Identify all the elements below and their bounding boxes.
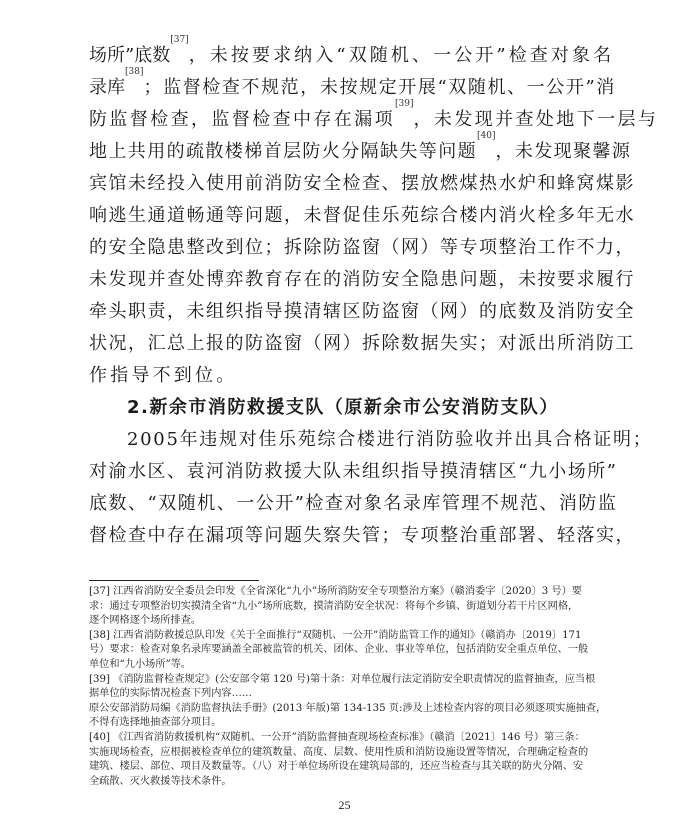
footnote-line: 原公安部消防局编《消防监督执法手册》(2013 年版)第 134-135 页:涉… xyxy=(89,702,603,717)
footnote-40: [40] 《江西省消防救援机构“双随机、一公开”消防监督抽查现场检查标准》（赣消… xyxy=(89,731,603,789)
footnote-line: 不得有选择地抽查部分项目。 xyxy=(89,716,603,731)
footnote-line: 全疏散、灭火救援等技术条件。 xyxy=(89,775,603,790)
footnote-line: [40] 《江西省消防救援机构“双随机、一公开”消防监督抽查现场检查标准》（赣消… xyxy=(89,731,603,746)
section-line-1: 2005年违规对佳乐苑综合楼进行消防验收并出具合格证明； xyxy=(89,424,603,456)
section-line-4-text: 督检查中存在漏项等问题失察失管；专项整治重部署、轻落实， xyxy=(89,520,635,552)
footnote-ref-40[interactable]: [40] xyxy=(477,136,495,168)
body-line-9: 牵头职责，未组织指导摸清辖区防盗窗（网）的底数及消防安全 xyxy=(89,296,603,328)
page-number: 25 xyxy=(0,798,689,813)
footnote-line: [38] 江西省消防救援总队印发《关于全面推行“双随机、一公开”消防监管工作的通… xyxy=(89,629,603,644)
body-line-7-text: 的安全隐患整改到位；拆除防盗窗（网）等专项整治工作不力， xyxy=(89,232,635,264)
section-line-3: 底数、“双随机、一公开”检查对象名录库管理不规范、消防监 xyxy=(89,488,603,520)
body-line-4-text: 地上共用的疏散楼梯首层防火分隔缺失等问题 xyxy=(89,136,477,168)
body-line-2-text: 录库 xyxy=(89,72,125,104)
footnote-line: 单位和“九小场所”等。 xyxy=(89,658,603,673)
body-line-11: 作指导不到位。 xyxy=(89,360,603,392)
body-line-3: 防监督检查，监督检查中存在漏项[39]，未发现并查处地下一层与 xyxy=(89,104,603,136)
footnote-line: 据单位的实际情况检查下列内容…… xyxy=(89,687,603,702)
body-line-5-text: 宾馆未经投入使用前消防安全检查、摆放燃煤热水炉和蜂窝煤影 xyxy=(89,168,635,200)
section-line-1-text: 2005年违规对佳乐苑综合楼进行消防验收并出具合格证明； xyxy=(127,424,652,456)
footnote-39: [39] 《消防监督检查规定》(公安部令第 120 号)第十条：对单位履行法定消… xyxy=(89,673,603,731)
footnote-divider xyxy=(89,580,259,581)
footnote-line: 求：通过专项整治切实摸清全省“九小”场所底数，摸清消防安全状况：将每个乡镇、街道… xyxy=(89,600,603,615)
body-line-9-text: 牵头职责，未组织指导摸清辖区防盗窗（网）的底数及消防安全 xyxy=(89,296,635,328)
footnote-ref-39[interactable]: [39] xyxy=(395,104,413,136)
body-line-4-after: ，未发现聚馨源 xyxy=(495,136,631,168)
body-line-2-after: ；监督检查不规范，未按规定开展“双随机、一公开”消 xyxy=(143,72,615,104)
body-line-10: 状况，汇总上报的防盗窗（网）拆除数据失实；对派出所消防工 xyxy=(89,328,603,360)
footnote-ref-37[interactable]: [37] xyxy=(170,40,188,72)
body-line-8: 未发现并查处博弈教育存在的消防安全隐患问题，未按要求履行 xyxy=(89,264,603,296)
body-line-4: 地上共用的疏散楼梯首层防火分隔缺失等问题[40]，未发现聚馨源 xyxy=(89,136,603,168)
body-line-11-text: 作指导不到位。 xyxy=(89,360,237,392)
body-line-1: 场所”底数[37]，未按要求纳入“双随机、一公开”检查对象名 xyxy=(89,40,603,72)
document-page: 场所”底数[37]，未按要求纳入“双随机、一公开”检查对象名 录库[38]；监督… xyxy=(0,0,689,833)
body-line-2: 录库[38]；监督检查不规范，未按规定开展“双随机、一公开”消 xyxy=(89,72,603,104)
section-line-4: 督检查中存在漏项等问题失察失管；专项整治重部署、轻落实， xyxy=(89,520,603,552)
section-line-2: 对渝水区、袁河消防救援大队未组织指导摸清辖区“九小场所” xyxy=(89,456,603,488)
body-line-8-text: 未发现并查处博弈教育存在的消防安全隐患问题，未按要求履行 xyxy=(89,264,635,296)
body-line-5: 宾馆未经投入使用前消防安全检查、摆放燃煤热水炉和蜂窝煤影 xyxy=(89,168,603,200)
footnote-38: [38] 江西省消防救援总队印发《关于全面推行“双随机、一公开”消防监管工作的通… xyxy=(89,629,603,673)
footnotes: [37] 江西省消防安全委员会印发《全省深化“九小”场所消防安全专项整治方案》（… xyxy=(89,585,603,789)
section-line-3-text: 底数、“双随机、一公开”检查对象名录库管理不规范、消防监 xyxy=(89,488,617,520)
footnote-ref-38[interactable]: [38] xyxy=(125,72,143,104)
footnote-line: [37] 江西省消防安全委员会印发《全省深化“九小”场所消防安全专项整治方案》（… xyxy=(89,585,603,600)
footnote-line: 建筑、楼层、部位、项目及数量等。（八）对于单位场所设在建筑局部的，还应当检查与其… xyxy=(89,760,603,775)
body-line-10-text: 状况，汇总上报的防盗窗（网）拆除数据失实；对派出所消防工 xyxy=(89,328,635,360)
body-line-1-after: ，未按要求纳入“双随机、一公开”检查对象名 xyxy=(189,40,615,72)
section-line-2-text: 对渝水区、袁河消防救援大队未组织指导摸清辖区“九小场所” xyxy=(89,456,617,488)
body-line-6-text: 响逃生通道畅通等问题，未督促佳乐苑综合楼内消火栓多年无水 xyxy=(89,200,635,232)
body-line-6: 响逃生通道畅通等问题，未督促佳乐苑综合楼内消火栓多年无水 xyxy=(89,200,603,232)
footnote-line: 实施现场检查，应根据被检查单位的建筑数量、高度、层数、使用性质和消防设施设置等情… xyxy=(89,746,603,761)
section-heading: 2.新余市消防救援支队（原新余市公安消防支队） xyxy=(89,392,603,424)
body-text: 场所”底数[37]，未按要求纳入“双随机、一公开”检查对象名 录库[38]；监督… xyxy=(89,40,603,552)
body-line-3-text: 防监督检查，监督检查中存在漏项 xyxy=(89,104,395,136)
footnote-37: [37] 江西省消防安全委员会印发《全省深化“九小”场所消防安全专项整治方案》（… xyxy=(89,585,603,629)
body-line-7: 的安全隐患整改到位；拆除防盗窗（网）等专项整治工作不力， xyxy=(89,232,603,264)
footnote-line: 号）要求：检查对象名录库要涵盖全部被监管的机关、团体、企业、事业等单位，包括消防… xyxy=(89,643,603,658)
body-line-3-after: ，未发现并查处地下一层与 xyxy=(413,104,658,136)
footnote-line: 逐个网格逐个场所排查。 xyxy=(89,614,603,629)
footnote-line: [39] 《消防监督检查规定》(公安部令第 120 号)第十条：对单位履行法定消… xyxy=(89,673,603,688)
